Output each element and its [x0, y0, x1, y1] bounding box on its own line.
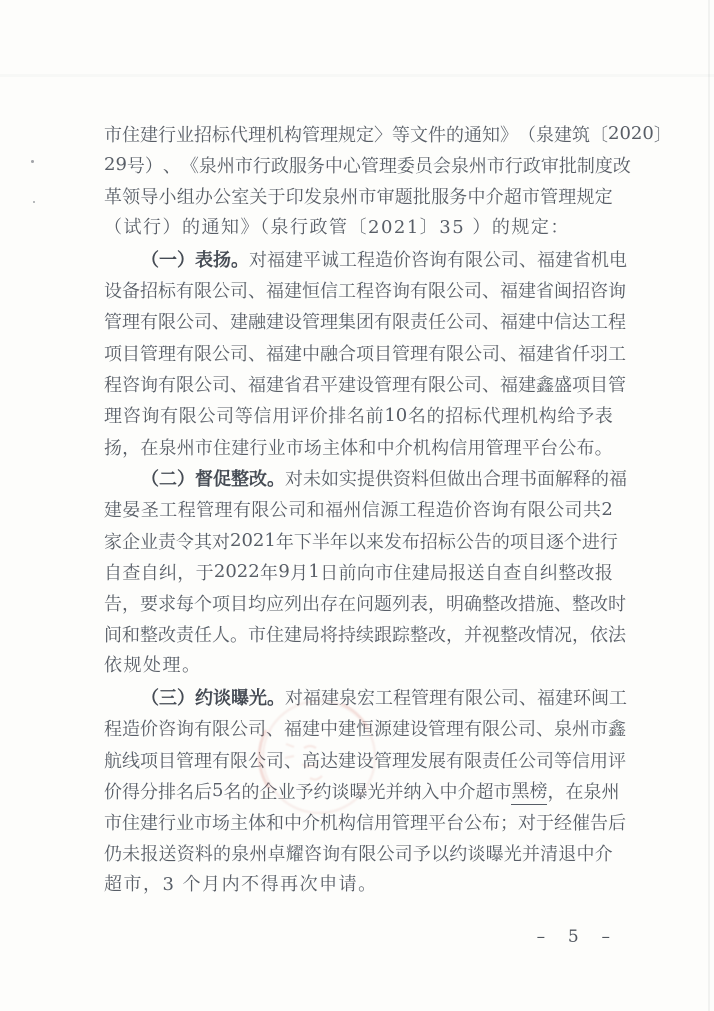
text-segment: （试行）的通知》（泉行政管〔2021〕35 ）的规定： [104, 217, 570, 238]
text-segment: 公 [377, 840, 395, 866]
text-segment: 泉 [159, 434, 177, 460]
text-segment: 扬 [104, 434, 122, 460]
text-segment: 招 [445, 402, 463, 428]
text-segment: 构 [284, 121, 302, 147]
text-segment: 责 [158, 528, 176, 554]
text-segment: 〔 [590, 121, 608, 147]
text-segment: 对 [285, 684, 303, 710]
text-line: 管理有限公司、建融建设管理集团有限责任公司、福建中信达工程 [104, 306, 613, 337]
text-segment: 公 [446, 371, 464, 397]
text-segment: 管 [176, 747, 194, 773]
text-segment: 咨 [122, 371, 140, 397]
text-segment: 福 [537, 684, 555, 710]
text-segment: 发 [410, 747, 428, 773]
text-segment: ， [547, 778, 565, 804]
text-segment: 咨 [123, 402, 141, 428]
text-segment: 布 [576, 434, 594, 460]
text-segment: 做 [447, 465, 465, 491]
text-segment: 省 [554, 340, 572, 366]
text-segment: 对 [249, 246, 267, 272]
text-segment: 价 [140, 715, 158, 741]
text-line: 航线项目管理有限公司、高达建设管理发展有限责任公司等信用评 [104, 744, 613, 775]
text-segment: 查 [503, 559, 521, 585]
text-segment: 规 [576, 183, 594, 209]
text-segment: 市 [104, 121, 122, 147]
text-segment: 有 [446, 747, 464, 773]
text-segment: 度 [595, 152, 613, 178]
text-segment: ） [145, 152, 163, 178]
text-segment: 环 [573, 684, 591, 710]
text-segment: 有 [140, 308, 158, 334]
text-segment: 省 [573, 246, 591, 272]
text-segment: 曝 [349, 778, 367, 804]
text-segment: 料 [195, 840, 213, 866]
text-segment: 询 [491, 496, 509, 522]
text-segment: 措 [518, 590, 536, 616]
text-segment: 共 [583, 496, 601, 522]
text-segment: 工 [609, 684, 627, 710]
text-segment: 通 [464, 121, 482, 147]
text-segment: 限 [158, 308, 176, 334]
text-segment: 管 [540, 183, 558, 209]
text-segment: 供 [375, 465, 393, 491]
text-segment: 报 [595, 559, 613, 585]
text-line: 市住建行业市场主体和中介机构信用管理平台公布；对于经催告后 [104, 807, 613, 838]
text-segment: 扬 [213, 246, 231, 272]
text-segment: 中 [377, 434, 395, 460]
text-segment: 二 [159, 465, 177, 491]
text-segment: 整 [231, 465, 249, 491]
text-segment: 月 [290, 559, 308, 585]
text-segment: 州 [343, 496, 361, 522]
text-segment: 企 [122, 528, 140, 554]
text-segment: 制 [577, 152, 595, 178]
text-segment: 10 [384, 405, 407, 426]
text-segment: 公 [518, 747, 536, 773]
text-segment: ） [177, 684, 195, 710]
text-segment: 达 [320, 747, 338, 773]
text-segment: 列 [284, 590, 302, 616]
text-segment: 改 [590, 590, 608, 616]
text-segment: 管 [374, 371, 392, 397]
text-segment: 高 [302, 747, 320, 773]
text-segment: 。 [267, 684, 285, 710]
text-segment: 工 [375, 684, 393, 710]
text-segment: 造 [436, 496, 454, 522]
text-segment: 名 [176, 778, 194, 804]
text-segment: 限 [446, 340, 464, 366]
text-segment: 整 [500, 621, 518, 647]
text-segment: 评 [291, 402, 309, 428]
text-segment: 程 [104, 715, 122, 741]
text-segment: 整 [572, 590, 590, 616]
text-segment: 、 [536, 715, 554, 741]
text-segment: 闽 [591, 684, 609, 710]
text-segment: 年 [260, 559, 278, 585]
text-segment: 责 [410, 308, 428, 334]
text-segment: 体 [340, 434, 358, 460]
text-segment: 价 [454, 496, 472, 522]
text-segment: 合 [483, 465, 501, 491]
text-segment: 但 [429, 465, 447, 491]
text-segment: 等 [392, 121, 410, 147]
text-segment: 来 [366, 528, 384, 554]
text-line: 自查自纠，于2022年9月1日前向市住建局报送自查自纠整改报 [104, 556, 613, 587]
text-segment: 后 [194, 778, 212, 804]
text-segment: 限 [482, 715, 500, 741]
text-segment: 建 [104, 496, 122, 522]
text-segment: 排 [328, 402, 346, 428]
text-segment: 融 [248, 308, 266, 334]
text-segment: 踪 [392, 621, 410, 647]
text-segment: 资 [393, 465, 411, 491]
text-segment: 场 [212, 809, 230, 835]
text-segment: 用 [272, 402, 290, 428]
text-segment: 理 [392, 371, 410, 397]
text-segment: 服 [289, 152, 307, 178]
text-segment: 整 [482, 590, 500, 616]
text-segment: 如 [321, 465, 339, 491]
text-segment: 平 [320, 371, 338, 397]
text-line: 革领导小组办公室关于印发泉州市审题批服务中介超市管理规定 [104, 181, 613, 212]
text-segment: 限 [464, 747, 482, 773]
text-segment: 程 [608, 308, 626, 334]
text-segment: 公 [230, 715, 248, 741]
text-segment: 咨 [158, 715, 176, 741]
text-segment: 企 [259, 778, 277, 804]
text-segment: 建 [554, 121, 572, 147]
text-segment: 令 [176, 528, 194, 554]
text-segment: 州 [340, 183, 358, 209]
text-segment: 限 [465, 246, 483, 272]
text-line: 超市，3 个月内不得再次申请。 [104, 869, 613, 900]
text-segment: 市 [375, 559, 393, 585]
text-segment: 。 [267, 465, 285, 491]
text-segment: 对 [285, 465, 303, 491]
text-segment: 有 [374, 308, 392, 334]
text-segment: 有 [212, 747, 230, 773]
text-segment: 表 [595, 402, 613, 428]
text-segment: 管 [411, 684, 429, 710]
text-segment: 宏 [357, 684, 375, 710]
text-segment: 咨 [304, 840, 322, 866]
text-segment: 福 [266, 277, 284, 303]
text-segment: 〕 [654, 121, 672, 147]
text-segment: （ [141, 684, 159, 710]
text-segment: 、 [519, 684, 537, 710]
text-segment: 每 [176, 590, 194, 616]
text-segment: 个 [194, 590, 212, 616]
text-segment: 2020 [608, 123, 654, 144]
text-segment: 自 [104, 559, 122, 585]
text-segment: 理 [215, 496, 233, 522]
text-segment: 公 [176, 308, 194, 334]
text-segment: 光 [367, 778, 385, 804]
text-line: 仍未报送资料的泉州卓耀咨询有限公司予以约谈曝光并清退中介 [104, 838, 613, 869]
text-segment: 标 [158, 277, 176, 303]
text-segment: 予 [413, 840, 431, 866]
text-segment: 半 [312, 528, 330, 554]
text-segment: ， [428, 590, 446, 616]
text-segment: 告 [590, 809, 608, 835]
text-segment: 。 [595, 434, 613, 460]
text-segment: 情 [536, 621, 554, 647]
text-segment: 超市，3 个月内不得再次申请。 [104, 874, 378, 895]
text-segment: 的 [241, 778, 259, 804]
text-segment: 面 [537, 465, 555, 491]
text-segment: 有 [447, 684, 465, 710]
text-segment: 得 [122, 778, 140, 804]
text-segment: 信 [356, 809, 374, 835]
text-segment: 查 [122, 559, 140, 585]
text-segment: 询 [176, 715, 194, 741]
text-segment: 介 [302, 809, 320, 835]
text-segment: 施 [536, 590, 554, 616]
text-segment: 限 [358, 840, 376, 866]
text-segment: 改 [249, 465, 267, 491]
text-segment: 限 [212, 715, 230, 741]
text-segment: 住 [122, 121, 140, 147]
text-segment: 理 [104, 402, 122, 428]
text-segment: 约 [313, 778, 331, 804]
text-segment: 的 [492, 528, 510, 554]
text-segment: 任 [194, 621, 212, 647]
text-segment: 资 [177, 840, 195, 866]
text-segment: 光 [249, 684, 267, 710]
text-segment: 书 [519, 465, 537, 491]
text-line: 市住建行业招标代理机构管理规定〉等文件的通知》（泉建筑〔2020〕 [104, 118, 613, 149]
text-segment: 政 [523, 152, 541, 178]
text-segment: 务 [307, 152, 325, 178]
text-segment: 建 [518, 308, 536, 334]
text-segment: 中 [284, 809, 302, 835]
text-segment: 团 [356, 308, 374, 334]
text-segment: 源 [380, 496, 398, 522]
text-segment: 福 [500, 371, 518, 397]
text-segment: 管 [428, 715, 446, 741]
text-segment: 建 [338, 371, 356, 397]
text-segment: 程 [417, 496, 435, 522]
text-segment: 改 [518, 621, 536, 647]
text-segment: 局 [302, 621, 320, 647]
text-segment: 鑫 [536, 371, 554, 397]
text-segment: 建 [140, 809, 158, 835]
text-segment: 2022 [214, 561, 260, 582]
text-segment: 招 [194, 121, 212, 147]
text-segment: 建 [284, 277, 302, 303]
text-segment: 司 [518, 715, 536, 741]
text-segment: 和 [266, 809, 284, 835]
text-segment: 理 [504, 434, 522, 460]
text-segment: 工 [608, 340, 626, 366]
text-segment: （ [141, 465, 159, 491]
text-segment: 公 [194, 371, 212, 397]
text-segment: 建 [338, 715, 356, 741]
text-segment: 限 [194, 340, 212, 366]
text-segment: 文 [410, 121, 428, 147]
text-segment: 建 [536, 340, 554, 366]
text-segment: 建 [321, 684, 339, 710]
text-segment: 工 [338, 277, 356, 303]
text-segment: 中 [439, 778, 457, 804]
text-segment: 在 [338, 590, 356, 616]
text-segment: 福 [518, 340, 536, 366]
text-segment: 29 [104, 154, 127, 175]
text-segment: 目 [374, 340, 392, 366]
text-segment: 圣 [141, 496, 159, 522]
text-segment: 审 [377, 183, 395, 209]
text-segment: 管 [196, 496, 214, 522]
text-segment: 限 [230, 747, 248, 773]
text-segment: 行 [600, 528, 618, 554]
text-segment: 管 [302, 308, 320, 334]
text-segment: 、 [482, 277, 500, 303]
text-segment: 介 [395, 434, 413, 460]
text-segment: 的 [213, 840, 231, 866]
text-segment: 用 [590, 747, 608, 773]
text-segment: 信 [254, 402, 272, 428]
text-segment: 机 [413, 434, 431, 460]
text-segment: 标 [464, 402, 482, 428]
text-segment: 应 [266, 590, 284, 616]
text-segment: 。 [230, 621, 248, 647]
text-segment: 州 [601, 778, 619, 804]
text-segment: 名 [408, 402, 426, 428]
text-segment: 泉 [199, 152, 217, 178]
text-segment: 信 [572, 747, 590, 773]
text-segment: 号 [127, 152, 145, 178]
text-segment: 黑 [511, 777, 529, 805]
text-segment: 对 [212, 528, 230, 554]
text-line: 价得分排名后5名的企业予约谈曝光并纳入中介超市黑榜，在泉州 [104, 775, 613, 806]
text-segment: 、 [554, 590, 572, 616]
text-segment: 、 [230, 371, 248, 397]
text-segment: 公 [456, 528, 474, 554]
text-segment: 程 [178, 496, 196, 522]
text-segment: 福 [284, 715, 302, 741]
text-segment: 项 [140, 747, 158, 773]
text-segment: 审 [541, 152, 559, 178]
text-segment: 中 [325, 152, 343, 178]
text-segment: 设 [104, 277, 122, 303]
text-segment: 泉 [583, 778, 601, 804]
text-segment: 程 [393, 684, 411, 710]
text-segment: 业 [176, 121, 194, 147]
text-segment: 管 [302, 121, 320, 147]
text-segment: 建 [555, 684, 573, 710]
text-segment: 电 [609, 246, 627, 272]
text-segment: 建 [555, 246, 573, 272]
text-segment: 政 [271, 152, 289, 178]
text-segment: 诚 [321, 246, 339, 272]
text-segment: 持 [338, 621, 356, 647]
text-segment: 有 [410, 371, 428, 397]
text-segment: 建 [518, 371, 536, 397]
text-segment: 进 [582, 528, 600, 554]
text-segment: 未 [303, 465, 321, 491]
text-segment: 2 [601, 499, 612, 520]
text-segment: 逐 [546, 528, 564, 554]
text-segment: 、 [248, 340, 266, 366]
text-segment: 州 [469, 152, 487, 178]
text-segment: 住 [213, 434, 231, 460]
text-segment: 用 [467, 434, 485, 460]
text-segment: 司 [395, 840, 413, 866]
text-segment: 年 [330, 528, 348, 554]
text-segment: 工 [339, 246, 357, 272]
text-segment: 司 [536, 747, 554, 773]
text-segment: 司 [464, 277, 482, 303]
scan-artifact-band [0, 74, 714, 77]
text-segment: 于 [268, 183, 286, 209]
text-segment: 限 [392, 308, 410, 334]
text-segment: 司 [464, 308, 482, 334]
text-segment: 三 [159, 684, 177, 710]
text-segment: 超 [475, 778, 493, 804]
text-segment: 办 [195, 183, 213, 209]
text-segment: 员 [415, 152, 433, 178]
text-segment: 司 [501, 684, 519, 710]
text-segment: 信 [320, 277, 338, 303]
text-segment: 、 [482, 308, 500, 334]
text-segment: 恒 [302, 277, 320, 303]
text-segment: 造 [122, 715, 140, 741]
text-segment: 并 [522, 840, 540, 866]
text-segment: 理 [379, 152, 397, 178]
text-segment: 后 [608, 809, 626, 835]
text-segment: 排 [158, 778, 176, 804]
text-segment: 构 [431, 434, 449, 460]
text-segment: 其 [194, 528, 212, 554]
text-segment: 市 [358, 183, 376, 209]
text-segment: 工 [399, 496, 417, 522]
text-segment: 家 [104, 528, 122, 554]
text-segment: 询 [392, 277, 410, 303]
text-segment: 确 [464, 590, 482, 616]
text-segment: 题 [395, 183, 413, 209]
text-line: 扬，在泉州市住建行业市场主体和中介机构信用管理平台公布。 [104, 431, 613, 462]
text-segment: 前 [338, 559, 356, 585]
text-segment: 理 [158, 340, 176, 366]
text-segment: 印 [286, 183, 304, 209]
text-segment: 务 [449, 183, 467, 209]
text-segment: ， [572, 621, 590, 647]
text-segment: 依 [590, 621, 608, 647]
text-segment: 价 [393, 246, 411, 272]
text-segment: 件 [428, 121, 446, 147]
text-segment: ） [177, 465, 195, 491]
text-segment: 信 [449, 434, 467, 460]
text-segment: 司 [230, 277, 248, 303]
text-segment: 予 [576, 402, 594, 428]
text-segment: 理 [501, 402, 519, 428]
text-segment: 以 [348, 528, 366, 554]
text-segment: （ [141, 246, 159, 272]
text-segment: 促 [213, 465, 231, 491]
text-segment: 等 [554, 747, 572, 773]
text-segment: 光 [504, 840, 522, 866]
text-segment: 报 [140, 840, 158, 866]
text-segment: 公 [270, 496, 288, 522]
text-segment: 出 [302, 590, 320, 616]
text-segment: 羽 [590, 340, 608, 366]
text-segment: 。 [231, 246, 249, 272]
text-segment: 设 [356, 747, 374, 773]
text-segment: 建 [266, 371, 284, 397]
text-segment: 理 [194, 747, 212, 773]
text-segment: 整 [410, 621, 428, 647]
text-segment: 福 [267, 246, 285, 272]
